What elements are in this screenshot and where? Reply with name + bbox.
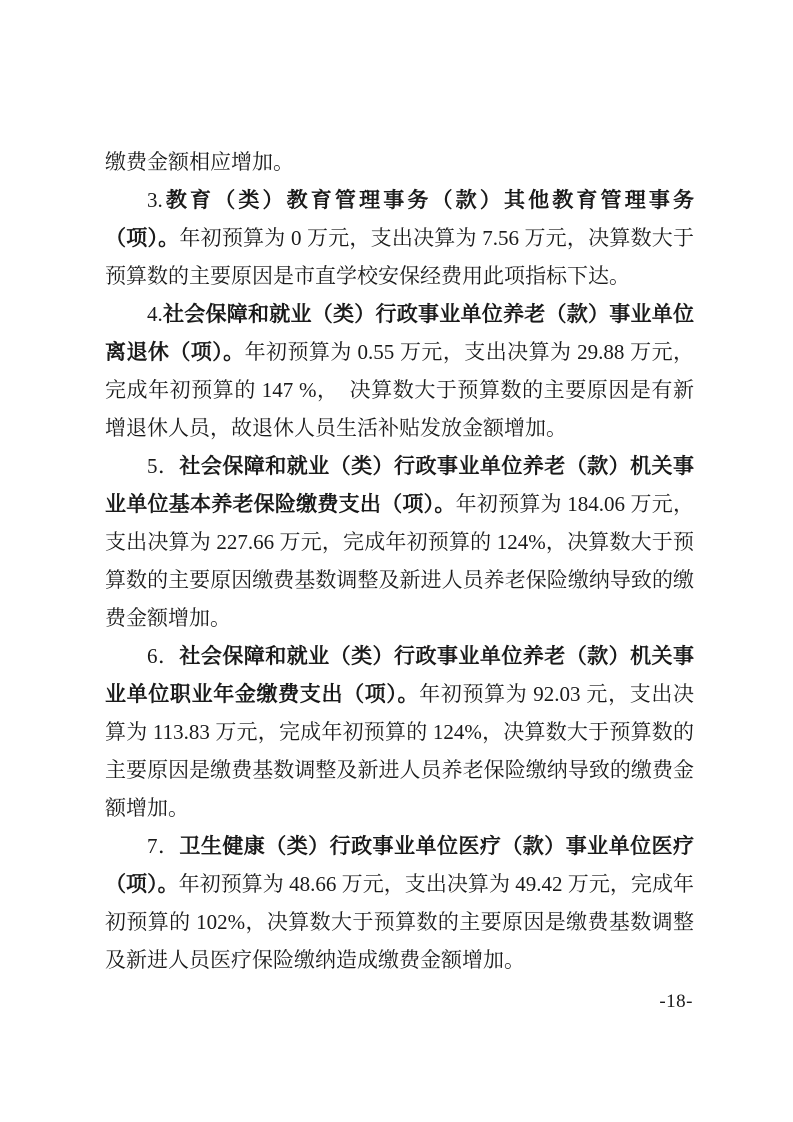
paragraph-item-3: 3.教育（类）教育管理事务（款）其他教育管理事务（项）。年初预算为 0 万元，支… [105,181,694,295]
paragraph-continuation: 缴费金额相应增加。 [105,143,694,181]
item-3-body: 年初预算为 0 万元，支出决算为 7.56 万元，决算数大于预算数的主要原因是市… [105,226,694,288]
paragraph-item-6: 6．社会保障和就业（类）行政事业单位养老（款）机关事业单位职业年金缴费支出（项）… [105,637,694,827]
item-6-number: 6． [147,644,179,668]
document-page: 缴费金额相应增加。 3.教育（类）教育管理事务（款）其他教育管理事务（项）。年初… [0,0,793,1122]
item-5-number: 5． [147,454,179,478]
paragraph-item-5: 5．社会保障和就业（类）行政事业单位养老（款）机关事业单位基本养老保险缴费支出（… [105,447,694,637]
document-body: 缴费金额相应增加。 3.教育（类）教育管理事务（款）其他教育管理事务（项）。年初… [105,143,694,979]
item-4-number: 4. [147,302,163,326]
item-7-number: 7． [147,834,179,858]
item-3-number: 3. [147,188,163,212]
page-number: -18- [659,991,693,1013]
paragraph-item-7: 7．卫生健康（类）行政事业单位医疗（款）事业单位医疗（项）。年初预算为 48.6… [105,827,694,979]
paragraph-item-4: 4.社会保障和就业（类）行政事业单位养老（款）事业单位离退休（项）。年初预算为 … [105,295,694,447]
item-7-body: 年初预算为 48.66 万元，支出决算为 49.42 万元，完成年初预算的 10… [105,872,694,972]
paragraph-text: 缴费金额相应增加。 [105,150,294,174]
